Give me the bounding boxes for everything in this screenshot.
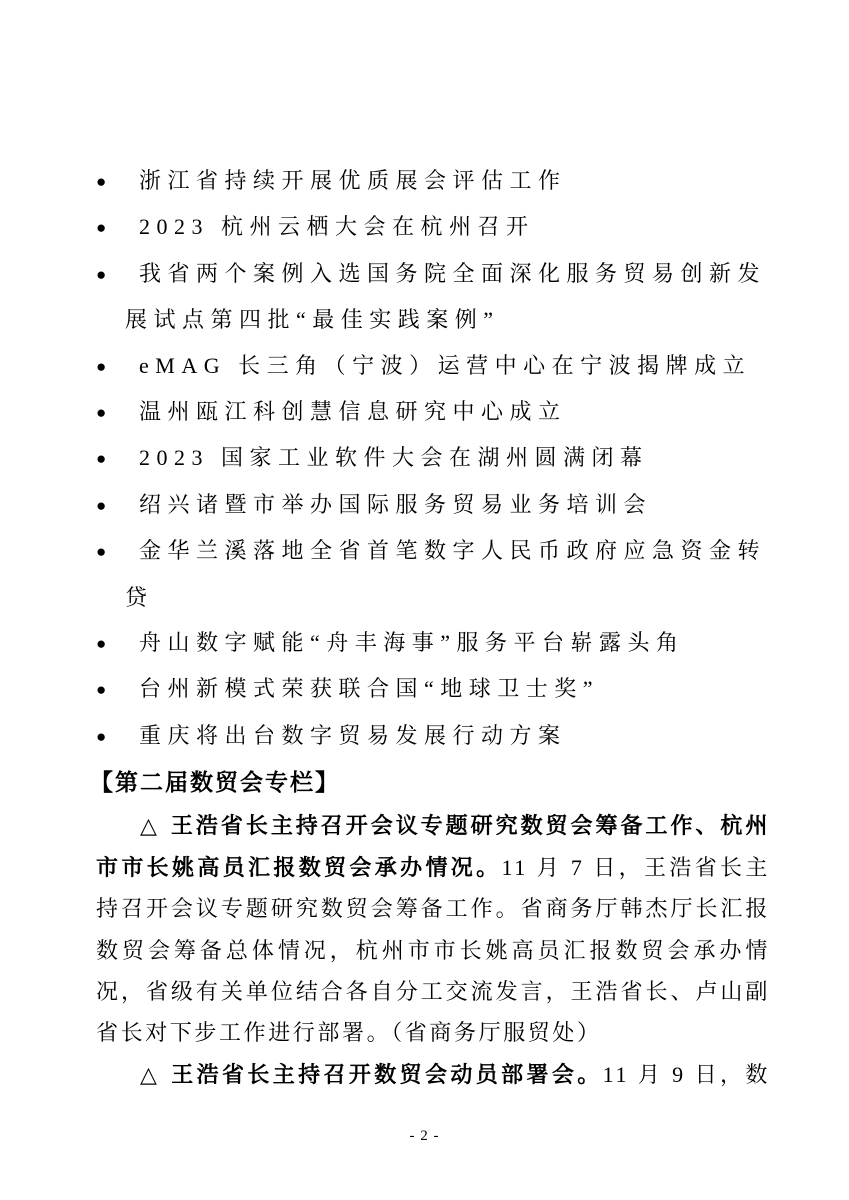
bullet-item: ●温州瓯江科创慧信息研究中心成立 bbox=[96, 389, 770, 435]
page-footer: - 2 - bbox=[0, 1128, 849, 1145]
bullet-icon: ● bbox=[96, 252, 139, 297]
bullet-icon: ● bbox=[96, 714, 139, 759]
bullet-icon: ● bbox=[96, 621, 139, 666]
bullet-item: ●我省两个案例入选国务院全面深化服务贸易创新发展试点第四批“最佳实践案例” bbox=[96, 251, 770, 343]
bullet-item: ●2023 国家工业软件大会在湖州圆满闭幕 bbox=[96, 435, 770, 481]
bullet-icon: ● bbox=[96, 390, 139, 435]
bullet-text: eMAG 长三角（宁波）运营中心在宁波揭牌成立 bbox=[139, 353, 751, 378]
bullet-text: 温州瓯江科创慧信息研究中心成立 bbox=[139, 399, 567, 424]
bullet-icon: ● bbox=[96, 159, 139, 204]
bullet-icon: ● bbox=[96, 436, 139, 481]
bullet-item: ●2023 杭州云栖大会在杭州召开 bbox=[96, 204, 770, 250]
bullet-item: ●浙江省持续开展优质展会评估工作 bbox=[96, 158, 770, 204]
section-header: 【第二届数贸会专栏】 bbox=[90, 759, 770, 805]
document-page: ●浙江省持续开展优质展会评估工作 ●2023 杭州云栖大会在杭州召开 ●我省两个… bbox=[0, 0, 849, 1200]
paragraph: △王浩省长主持召开数贸会动员部署会。11 月 9 日，数 bbox=[96, 1054, 770, 1095]
bullet-text: 2023 杭州云栖大会在杭州召开 bbox=[139, 214, 535, 239]
bullet-item: ●舟山数字赋能“舟丰海事”服务平台崭露头角 bbox=[96, 620, 770, 666]
bullet-item: ●绍兴诸暨市举办国际服务贸易业务培训会 bbox=[96, 482, 770, 528]
bullet-text: 绍兴诸暨市举办国际服务贸易业务培训会 bbox=[139, 492, 652, 517]
bullet-text: 重庆将出台数字贸易发展行动方案 bbox=[139, 723, 567, 748]
triangle-marker-icon: △ bbox=[140, 1062, 160, 1087]
page-content: ●浙江省持续开展优质展会评估工作 ●2023 杭州云栖大会在杭州召开 ●我省两个… bbox=[96, 158, 770, 1095]
bullet-item: ●台州新模式荣获联合国“地球卫士奖” bbox=[96, 666, 770, 712]
paragraph-body: 11 月 9 日，数 bbox=[603, 1062, 770, 1087]
bullet-item: ●金华兰溪落地全省首笔数字人民币政府应急资金转贷 bbox=[96, 528, 770, 620]
bullet-icon: ● bbox=[96, 483, 139, 528]
bullet-text: 2023 国家工业软件大会在湖州圆满闭幕 bbox=[139, 445, 649, 470]
bullet-icon: ● bbox=[96, 205, 139, 250]
bullet-icon: ● bbox=[96, 344, 139, 389]
bullet-text: 金华兰溪落地全省首笔数字人民币政府应急资金转贷 bbox=[125, 538, 766, 609]
bullet-icon: ● bbox=[96, 529, 139, 574]
triangle-marker-icon: △ bbox=[140, 813, 160, 838]
bullet-item: ●eMAG 长三角（宁波）运营中心在宁波揭牌成立 bbox=[96, 343, 770, 389]
bullet-icon: ● bbox=[96, 667, 139, 712]
paragraph: △王浩省长主持召开会议专题研究数贸会筹备工作、杭州市市长姚高员汇报数贸会承办情况… bbox=[96, 805, 770, 1053]
bullet-text: 我省两个案例入选国务院全面深化服务贸易创新发展试点第四批“最佳实践案例” bbox=[125, 261, 766, 332]
bullet-text: 台州新模式荣获联合国“地球卫士奖” bbox=[139, 676, 599, 701]
bullet-text: 浙江省持续开展优质展会评估工作 bbox=[139, 168, 567, 193]
paragraph-body: 11 月 7 日，王浩省长主持召开会议专题研究数贸会筹备工作。省商务厅韩杰厅长汇… bbox=[96, 855, 770, 1046]
paragraph-lead: 王浩省长主持召开数贸会动员部署会。 bbox=[171, 1062, 602, 1087]
news-bullet-list: ●浙江省持续开展优质展会评估工作 ●2023 杭州云栖大会在杭州召开 ●我省两个… bbox=[96, 158, 770, 759]
bullet-text: 舟山数字赋能“舟丰海事”服务平台崭露头角 bbox=[139, 630, 685, 655]
page-number: - 2 - bbox=[410, 1128, 440, 1144]
bullet-item: ●重庆将出台数字贸易发展行动方案 bbox=[96, 713, 770, 759]
